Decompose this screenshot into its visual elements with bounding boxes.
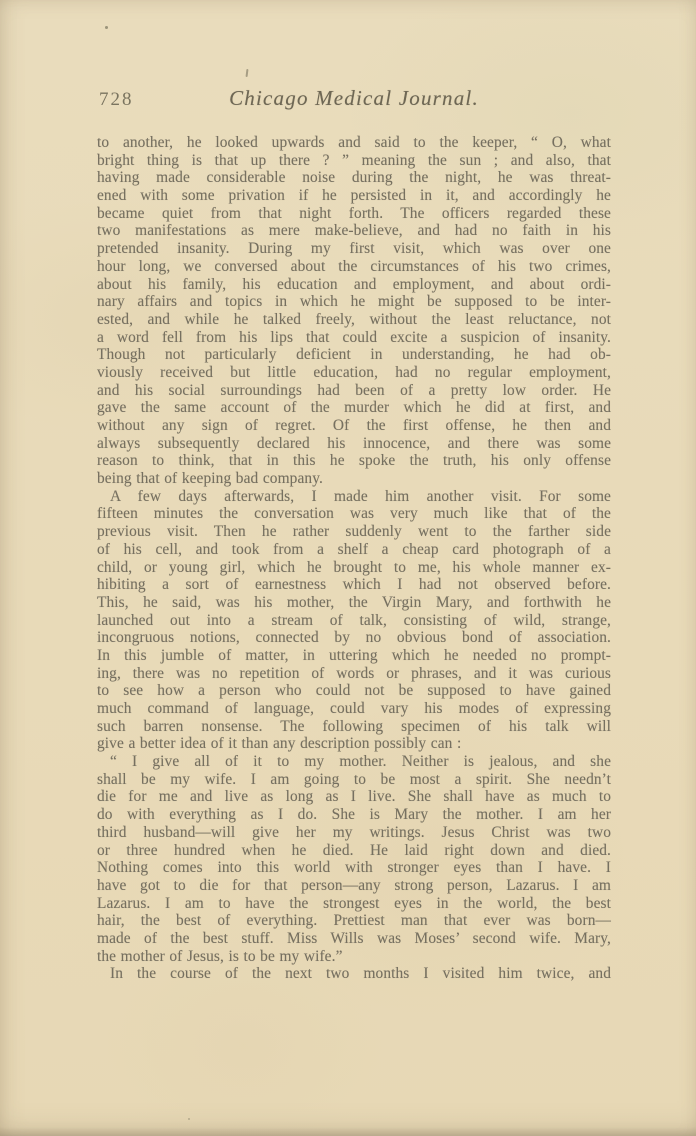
paper-speck: [188, 1118, 190, 1120]
text-line: to see how a person who could not be sup…: [97, 682, 611, 700]
text-line: fifteen minutes the conversation was ver…: [97, 505, 611, 523]
text-line: Lazarus. I am to have the strongest eyes…: [97, 895, 611, 913]
text-line: In this jumble of matter, in uttering wh…: [97, 647, 611, 665]
paragraph: A few days afterwards, I made him anothe…: [97, 488, 611, 753]
text-line: launched out into a stream of talk, cons…: [97, 612, 611, 630]
text-line: such barren nonsense. The following spec…: [97, 718, 611, 736]
journal-page-scan: 728 Chicago Medical Journal. to another,…: [0, 0, 696, 1136]
text-line: and his social surroundings had been of …: [97, 382, 611, 400]
text-line: This, he said, was his mother, the Virgi…: [97, 594, 611, 612]
text-line: ened with some privation if he persisted…: [97, 187, 611, 205]
text-line: ested, and while he talked freely, witho…: [97, 311, 611, 329]
text-line: hour long, we conversed about the circum…: [97, 258, 611, 276]
paper-stray-mark: [246, 69, 249, 77]
text-line: die for me and live as long as I live. S…: [97, 788, 611, 806]
text-line: the mother of Jesus, is to be my wife.”: [97, 948, 611, 966]
journal-title: Chicago Medical Journal.: [97, 86, 611, 111]
text-line: “ I give all of it to my mother. Neither…: [97, 753, 611, 771]
paper-speck: [105, 26, 108, 29]
page-text: to another, he looked upwards and said t…: [97, 134, 611, 983]
text-line: hair, the best of everything. Prettiest …: [97, 912, 611, 930]
text-line: a word fell from his lips that could exc…: [97, 329, 611, 347]
text-line: have got to die for that person—any stro…: [97, 877, 611, 895]
text-line: ing, there was no repetition of words or…: [97, 665, 611, 683]
paragraph: “ I give all of it to my mother. Neither…: [97, 753, 611, 965]
text-line: third husband—will give her my writings.…: [97, 824, 611, 842]
text-line: Nothing comes into this world with stron…: [97, 859, 611, 877]
text-line: without any sign of regret. Of the first…: [97, 417, 611, 435]
text-line: reason to think, that in this he spoke t…: [97, 452, 611, 470]
text-line: hibiting a sort of earnestness which I h…: [97, 576, 611, 594]
text-line: incongruous notions, connected by no obv…: [97, 629, 611, 647]
text-line: nary affairs and topics in which he migh…: [97, 293, 611, 311]
text-line: do with everything as I do. She is Mary …: [97, 806, 611, 824]
text-line: viously received but little education, h…: [97, 364, 611, 382]
text-line: became quiet from that night forth. The …: [97, 205, 611, 223]
text-line: or three hundred when he died. He laid r…: [97, 842, 611, 860]
text-line: shall be my wife. I am going to be most …: [97, 771, 611, 789]
paragraph: to another, he looked upwards and said t…: [97, 134, 611, 488]
text-line: gave the same account of the murder whic…: [97, 399, 611, 417]
text-line: to another, he looked upwards and said t…: [97, 134, 611, 152]
text-line: pretended insanity. During my first visi…: [97, 240, 611, 258]
text-line: child, or young girl, which he brought t…: [97, 559, 611, 577]
text-line: A few days afterwards, I made him anothe…: [97, 488, 611, 506]
text-line: bright thing is that up there ? ” meanin…: [97, 152, 611, 170]
text-line: two manifestations as mere make-believe,…: [97, 222, 611, 240]
text-line: give a better idea of it than any descri…: [97, 735, 611, 753]
page-header: 728 Chicago Medical Journal.: [97, 86, 611, 116]
text-line: about his family, his education and empl…: [97, 276, 611, 294]
text-line: being that of keeping bad company.: [97, 470, 611, 488]
text-line: Though not particularly deficient in und…: [97, 346, 611, 364]
paragraph: In the course of the next two months I v…: [97, 965, 611, 983]
text-line: much command of language, could vary his…: [97, 700, 611, 718]
text-line: having made considerable noise during th…: [97, 169, 611, 187]
text-line: In the course of the next two months I v…: [97, 965, 611, 983]
text-line: of his cell, and took from a shelf a che…: [97, 541, 611, 559]
text-line: made of the best stuff. Miss Wills was M…: [97, 930, 611, 948]
text-line: always subsequently declared his innocen…: [97, 435, 611, 453]
text-line: previous visit. Then he rather suddenly …: [97, 523, 611, 541]
